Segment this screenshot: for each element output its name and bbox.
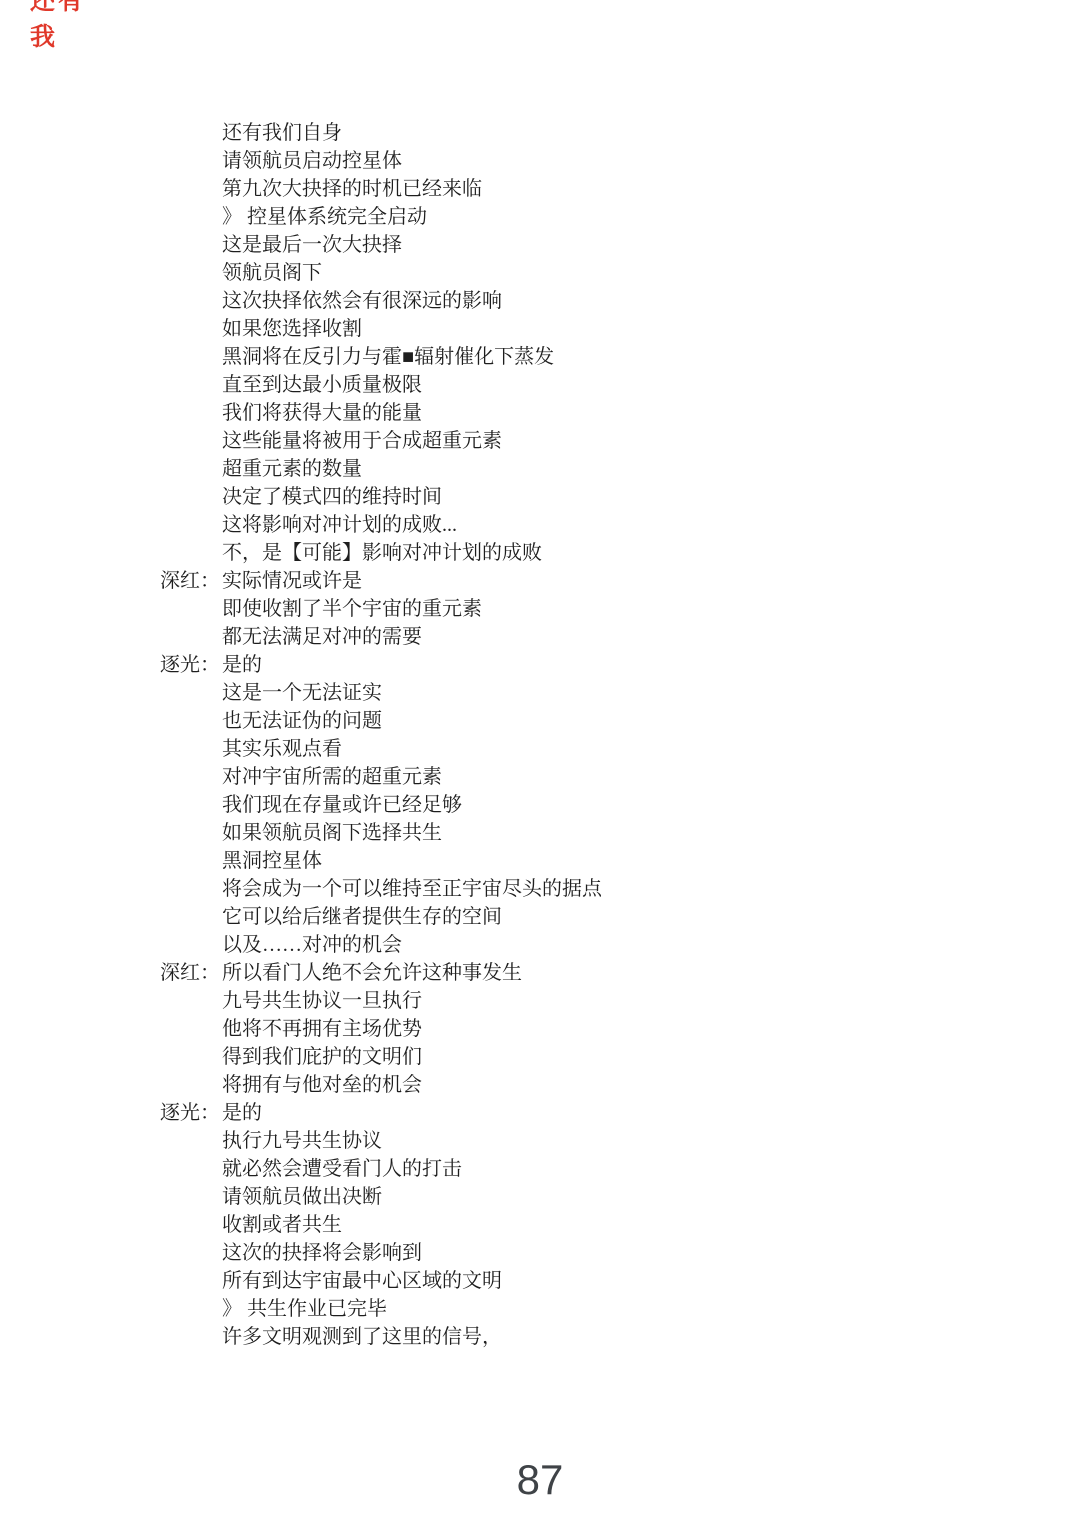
speaker-label (160, 371, 222, 399)
dialogue-line-text: 得到我们庇护的文明们 (222, 1043, 422, 1071)
dialogue-line-text: 将会成为一个可以维持至正宇宙尽头的据点 (222, 875, 602, 903)
dialogue-line-text: 执行九号共生协议 (222, 1127, 382, 1155)
dialogue-line-text: 也无法证伪的问题 (222, 707, 382, 735)
dialogue-line-text: 他将不再拥有主场优势 (222, 1015, 422, 1043)
dialogue-line-text: 它可以给后继者提供生存的空间 (222, 903, 502, 931)
dialogue-line: 逐光： 是的 (0, 651, 1080, 679)
speaker-label: 逐光： (160, 651, 222, 679)
dialogue-line-text: 超重元素的数量 (222, 455, 362, 483)
dialogue-line: 对冲宇宙所需的超重元素 (0, 763, 1080, 791)
dialogue-line-text: 对冲宇宙所需的超重元素 (222, 763, 442, 791)
speaker-label (160, 1211, 222, 1239)
dialogue-line-text: 我们现在存量或许已经足够 (222, 791, 462, 819)
speaker-label (160, 119, 222, 147)
speaker-label (160, 1295, 222, 1323)
dialogue-line: 直至到达最小质量极限 (0, 371, 1080, 399)
dialogue-line: 深红： 所以看门人绝不会允许这种事发生 (0, 959, 1080, 987)
speaker-label (160, 707, 222, 735)
dialogue-line: 请领航员做出决断 (0, 1183, 1080, 1211)
dialogue-line-text: 都无法满足对冲的需要 (222, 623, 422, 651)
speaker-label (160, 1239, 222, 1267)
dialogue-line-text: 即使收割了半个宇宙的重元素 (222, 595, 482, 623)
dialogue-line-text: 所以看门人绝不会允许这种事发生 (222, 959, 522, 987)
speaker-label (160, 903, 222, 931)
speaker-label: 深红： (160, 959, 222, 987)
speaker-label (160, 791, 222, 819)
dialogue-line: 它可以给后继者提供生存的空间 (0, 903, 1080, 931)
dialogue-line: 我们现在存量或许已经足够 (0, 791, 1080, 819)
speaker-label: 逐光： (160, 1099, 222, 1127)
speaker-label (160, 763, 222, 791)
dialogue-line-text: 其实乐观点看 (222, 735, 342, 763)
dialogue-line-text: 是的 (222, 651, 262, 679)
speaker-label (160, 1071, 222, 1099)
dialogue-line: 这是一个无法证实 (0, 679, 1080, 707)
dialogue-line: 决定了模式四的维持时间 (0, 483, 1080, 511)
dialogue-line-text: 我们将获得大量的能量 (222, 399, 422, 427)
dialogue-line: 如果您选择收割 (0, 315, 1080, 343)
dialogue-line: 黑洞控星体 (0, 847, 1080, 875)
dialogue-line: 执行九号共生协议 (0, 1127, 1080, 1155)
dialogue-line: 其实乐观点看 (0, 735, 1080, 763)
dialogue-line: 也无法证伪的问题 (0, 707, 1080, 735)
speaker-label (160, 231, 222, 259)
speaker-label (160, 259, 222, 287)
speaker-label (160, 175, 222, 203)
speaker-label (160, 1127, 222, 1155)
dialogue-line: 都无法满足对冲的需要 (0, 623, 1080, 651)
speaker-label (160, 1015, 222, 1043)
speaker-label (160, 147, 222, 175)
dialogue-line: 以及……对冲的机会 (0, 931, 1080, 959)
speaker-label (160, 343, 222, 371)
dialogue-text: 还有我们自身 请领航员启动控星体 第九次大抉择的时机已经来临 》 控星体系统完全… (0, 119, 1080, 1351)
dialogue-line: 所有到达宇宙最中心区域的文明 (0, 1267, 1080, 1295)
dialogue-line-text: 收割或者共生 (222, 1211, 342, 1239)
speaker-label (160, 287, 222, 315)
dialogue-line: 将拥有与他对垒的机会 (0, 1071, 1080, 1099)
speaker-label (160, 623, 222, 651)
dialogue-line-text: 不，是【可能】影响对冲计划的成败 (222, 539, 542, 567)
dialogue-line-text: 直至到达最小质量极限 (222, 371, 422, 399)
dialogue-line-text: 》 共生作业已完毕 (222, 1295, 387, 1323)
speaker-label (160, 539, 222, 567)
dialogue-line: 这次的抉择将会影响到 (0, 1239, 1080, 1267)
dialogue-line-text: 这是最后一次大抉择 (222, 231, 402, 259)
dialogue-line: 》 共生作业已完毕 (0, 1295, 1080, 1323)
page-number: 87 (0, 1456, 1080, 1504)
speaker-label (160, 399, 222, 427)
dialogue-line-text: 如果领航员阁下选择共生 (222, 819, 442, 847)
dialogue-line-text: 所有到达宇宙最中心区域的文明 (222, 1267, 502, 1295)
speaker-label (160, 203, 222, 231)
dialogue-line: 他将不再拥有主场优势 (0, 1015, 1080, 1043)
dialogue-line: 这些能量将被用于合成超重元素 (0, 427, 1080, 455)
dialogue-line: 请领航员启动控星体 (0, 147, 1080, 175)
dialogue-line: 不，是【可能】影响对冲计划的成败 (0, 539, 1080, 567)
speaker-label: 深红： (160, 567, 222, 595)
dialogue-line-text: 请领航员启动控星体 (222, 147, 402, 175)
dialogue-line-text: 就必然会遭受看门人的打击 (222, 1155, 462, 1183)
dialogue-line-text: 领航员阁下 (222, 259, 322, 287)
speaker-label (160, 511, 222, 539)
speaker-label (160, 1323, 222, 1351)
speaker-label (160, 455, 222, 483)
dialogue-line: 收割或者共生 (0, 1211, 1080, 1239)
speaker-label (160, 931, 222, 959)
speaker-label (160, 679, 222, 707)
dialogue-line: 就必然会遭受看门人的打击 (0, 1155, 1080, 1183)
dialogue-line: 逐光： 是的 (0, 1099, 1080, 1127)
speaker-label (160, 483, 222, 511)
document-page: 还有 我 还有我们自身 请领航员启动控星体 第九次大抉择的时机已经来临 》 控星… (0, 0, 1080, 1527)
dialogue-line-text: 以及……对冲的机会 (222, 931, 402, 959)
dialogue-line-text: 决定了模式四的维持时间 (222, 483, 442, 511)
speaker-label (160, 1267, 222, 1295)
dialogue-line: 超重元素的数量 (0, 455, 1080, 483)
speaker-label (160, 847, 222, 875)
dialogue-line-text: 这是一个无法证实 (222, 679, 382, 707)
dialogue-line: 黑洞将在反引力与霍■辐射催化下蒸发 (0, 343, 1080, 371)
speaker-label (160, 1155, 222, 1183)
dialogue-line-text: 黑洞将在反引力与霍■辐射催化下蒸发 (222, 343, 554, 371)
corner-red-mark-line1: 还有 (30, 0, 86, 20)
dialogue-line: 还有我们自身 (0, 119, 1080, 147)
speaker-label (160, 595, 222, 623)
dialogue-line-text: 九号共生协议一旦执行 (222, 987, 422, 1015)
dialogue-line-text: 如果您选择收割 (222, 315, 362, 343)
speaker-label (160, 315, 222, 343)
dialogue-line-text: 是的 (222, 1099, 262, 1127)
corner-red-mark-line2: 我 (30, 20, 86, 56)
dialogue-line: 将会成为一个可以维持至正宇宙尽头的据点 (0, 875, 1080, 903)
speaker-label (160, 819, 222, 847)
dialogue-line: 即使收割了半个宇宙的重元素 (0, 595, 1080, 623)
corner-red-marks: 还有 我 (30, 0, 86, 56)
speaker-label (160, 987, 222, 1015)
dialogue-line-text: 实际情况或许是 (222, 567, 362, 595)
dialogue-line-text: 》 控星体系统完全启动 (222, 203, 427, 231)
speaker-label (160, 735, 222, 763)
dialogue-line: 这是最后一次大抉择 (0, 231, 1080, 259)
dialogue-line-text: 这将影响对冲计划的成败... (222, 511, 457, 539)
dialogue-line: 如果领航员阁下选择共生 (0, 819, 1080, 847)
dialogue-line: 深红： 实际情况或许是 (0, 567, 1080, 595)
speaker-label (160, 875, 222, 903)
dialogue-line: 》 控星体系统完全启动 (0, 203, 1080, 231)
dialogue-line: 这将影响对冲计划的成败... (0, 511, 1080, 539)
dialogue-line-text: 将拥有与他对垒的机会 (222, 1071, 422, 1099)
dialogue-line-text: 黑洞控星体 (222, 847, 322, 875)
dialogue-line-text: 这些能量将被用于合成超重元素 (222, 427, 502, 455)
dialogue-line-text: 第九次大抉择的时机已经来临 (222, 175, 482, 203)
dialogue-line: 许多文明观测到了这里的信号， (0, 1323, 1080, 1351)
dialogue-line: 得到我们庇护的文明们 (0, 1043, 1080, 1071)
dialogue-line-text: 这次抉择依然会有很深远的影响 (222, 287, 502, 315)
dialogue-line: 第九次大抉择的时机已经来临 (0, 175, 1080, 203)
speaker-label (160, 1043, 222, 1071)
dialogue-line-text: 这次的抉择将会影响到 (222, 1239, 422, 1267)
dialogue-line-text: 许多文明观测到了这里的信号， (222, 1323, 502, 1351)
dialogue-line-text: 请领航员做出决断 (222, 1183, 382, 1211)
dialogue-line: 我们将获得大量的能量 (0, 399, 1080, 427)
dialogue-line-text: 还有我们自身 (222, 119, 342, 147)
dialogue-line: 领航员阁下 (0, 259, 1080, 287)
dialogue-line: 这次抉择依然会有很深远的影响 (0, 287, 1080, 315)
speaker-label (160, 427, 222, 455)
speaker-label (160, 1183, 222, 1211)
dialogue-line: 九号共生协议一旦执行 (0, 987, 1080, 1015)
